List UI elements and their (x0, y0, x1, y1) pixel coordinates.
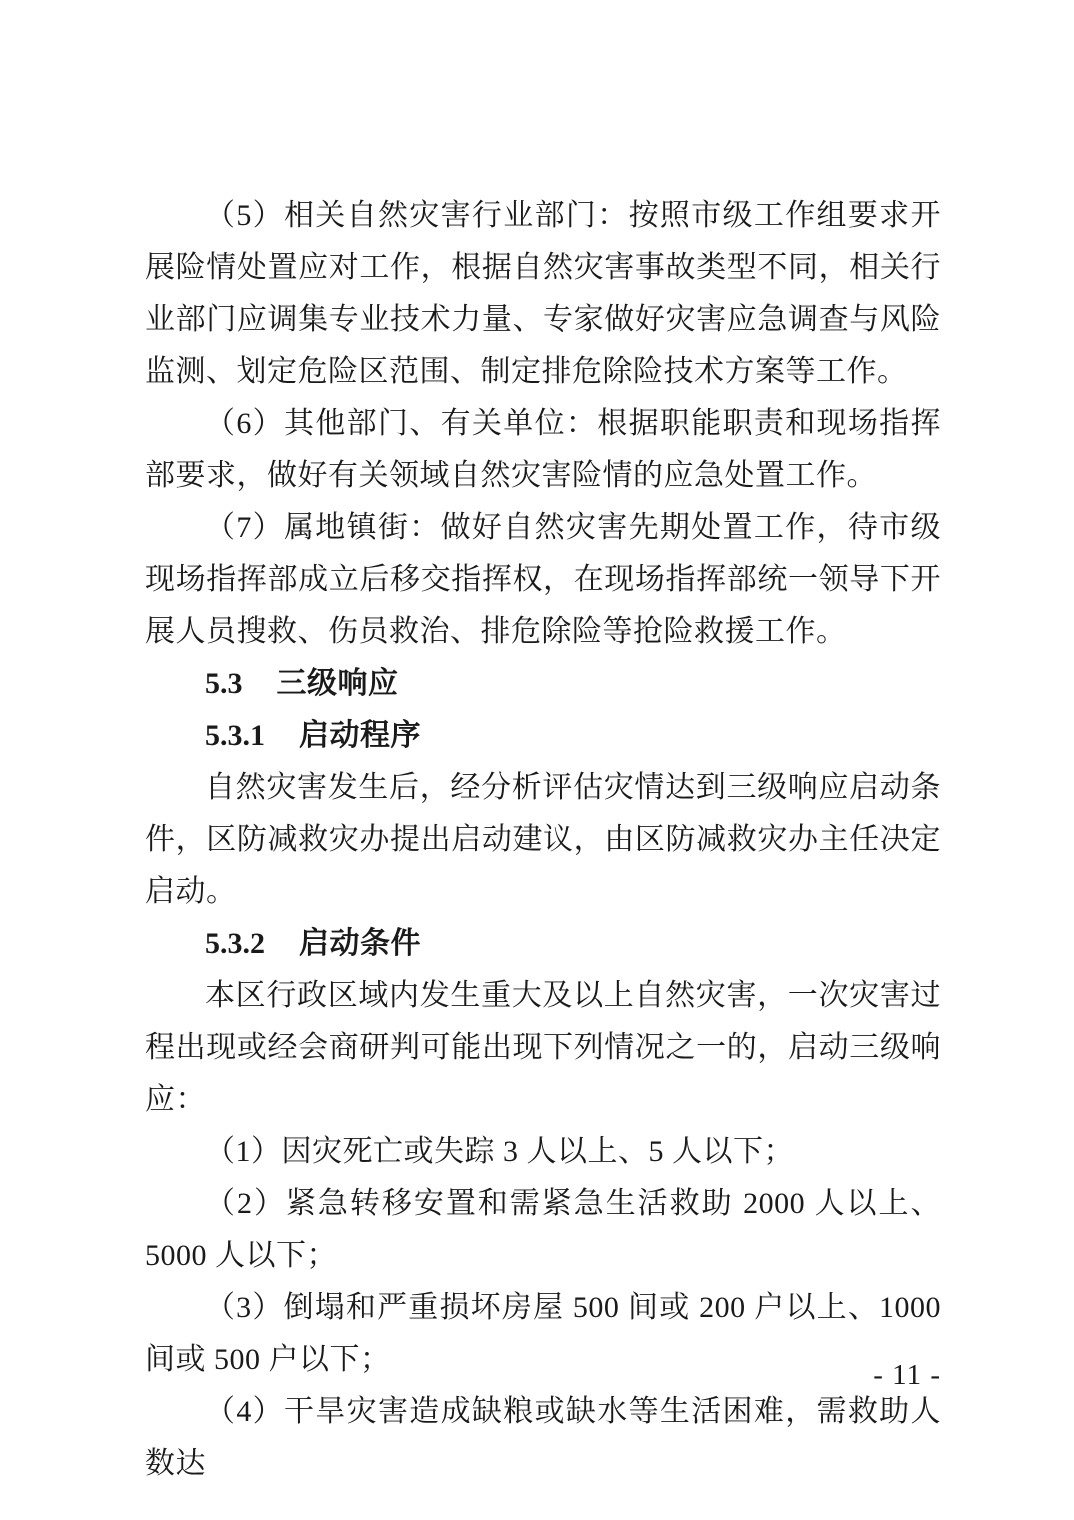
paragraph-item-5: （5）相关自然灾害行业部门：按照市级工作组要求开展险情处置应对工作，根据自然灾害… (145, 190, 941, 398)
section-number: 5.3.2 (205, 927, 265, 960)
section-number: 5.3 (205, 667, 243, 700)
section-heading-5-3-1: 5.3.1启动程序 (145, 710, 941, 762)
section-heading-5-3-2: 5.3.2启动条件 (145, 918, 941, 970)
paragraph-startup-conditions: 本区行政区域内发生重大及以上自然灾害，一次灾害过程出现或经会商研判可能出现下列情… (145, 970, 941, 1126)
section-title: 启动程序 (299, 719, 421, 752)
condition-item-2: （2）紧急转移安置和需紧急生活救助 2000 人以上、5000 人以下； (145, 1178, 941, 1282)
condition-item-4: （4）干旱灾害造成缺粮或缺水等生活困难，需救助人数达 (145, 1386, 941, 1490)
section-heading-5-3: 5.3三级响应 (145, 658, 941, 710)
section-title: 三级响应 (277, 667, 399, 700)
page-number: - 11 - (145, 1357, 941, 1393)
document-page: （5）相关自然灾害行业部门：按照市级工作组要求开展险情处置应对工作，根据自然灾害… (145, 190, 941, 1490)
paragraph-item-6: （6）其他部门、有关单位：根据职能职责和现场指挥部要求，做好有关领域自然灾害险情… (145, 398, 941, 502)
section-number: 5.3.1 (205, 719, 265, 752)
paragraph-item-7: （7）属地镇街：做好自然灾害先期处置工作，待市级现场指挥部成立后移交指挥权，在现… (145, 502, 941, 658)
condition-item-1: （1）因灾死亡或失踪 3 人以上、5 人以下； (145, 1126, 941, 1178)
paragraph-startup-procedure: 自然灾害发生后，经分析评估灾情达到三级响应启动条件，区防减救灾办提出启动建议，由… (145, 762, 941, 918)
section-title: 启动条件 (299, 927, 421, 960)
